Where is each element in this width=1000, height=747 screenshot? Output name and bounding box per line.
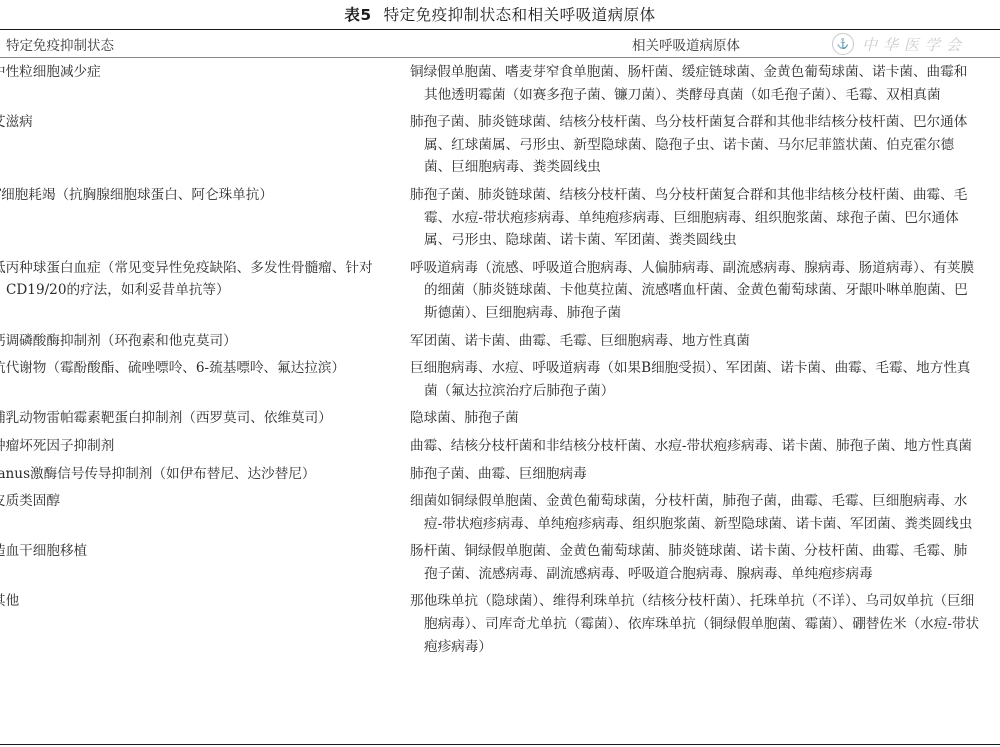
row-state: 肿瘤坏死因子抑制剂	[0, 435, 410, 458]
header-respiratory-pathogens: 相关呼吸道病原体	[632, 34, 740, 54]
row-state: 中性粒细胞减少症	[0, 61, 410, 106]
header-immunosuppression-state: 特定免疫抑制状态	[6, 34, 114, 54]
row-pathogens: 呼吸道病毒（流感、呼吸道合胞病毒、人偏肺病毒、副流感病毒、腺病毒、肠道病毒）、有…	[398, 257, 988, 325]
top-rule	[0, 29, 1000, 30]
table-row: 皮质类固醇 细菌如铜绿假单胞菌、金黄色葡萄球菌，分枝杆菌，肺孢子菌，曲霉、毛霉、…	[0, 490, 1000, 535]
table-title: 特定免疫抑制状态和相关呼吸道病原体	[384, 6, 656, 24]
row-pathogens: 肺孢子菌、曲霉、巨细胞病毒	[398, 463, 988, 486]
row-state: T细胞耗竭（抗胸腺细胞球蛋白、阿仑珠单抗）	[0, 184, 410, 252]
row-state: 艾滋病	[0, 111, 410, 179]
row-state: 低丙种球蛋白血症（常见变异性免疫缺陷、多发性骨髓瘤、针对CD19/20的疗法，如…	[0, 257, 410, 325]
row-pathogens: 巨细胞病毒、水痘、呼吸道病毒（如果B细胞受损）、军团菌、诺卡菌、曲霉、毛霉、地方…	[398, 357, 988, 402]
row-pathogens: 肺孢子菌、肺炎链球菌、结核分枝杆菌、鸟分枝杆菌复合群和其他非结核分枝杆菌、巴尔通…	[398, 111, 988, 179]
row-state: 其他	[0, 590, 410, 658]
table-row: 艾滋病 肺孢子菌、肺炎链球菌、结核分枝杆菌、鸟分枝杆菌复合群和其他非结核分枝杆菌…	[0, 111, 1000, 179]
row-state: 造血干细胞移植	[0, 540, 410, 585]
row-pathogens: 隐球菌、肺孢子菌	[398, 407, 988, 430]
row-pathogens: 铜绿假单胞菌、嗜麦芽窄食单胞菌、肠杆菌、缓症链球菌、金黄色葡萄球菌、诺卡菌、曲霉…	[398, 61, 988, 106]
row-pathogens: 肺孢子菌、肺炎链球菌、结核分枝杆菌、鸟分枝杆菌复合群和其他非结核分枝杆菌、曲霉、…	[398, 184, 988, 252]
row-state: 哺乳动物雷帕霉素靶蛋白抑制剂（西罗莫司、依维莫司）	[0, 407, 410, 430]
header-rule	[0, 57, 1000, 58]
table-row: 肿瘤坏死因子抑制剂 曲霉、结核分枝杆菌和非结核分枝杆菌、水痘-带状疱疹病毒、诺卡…	[0, 435, 1000, 458]
row-pathogens: 肠杆菌、铜绿假单胞菌、金黄色葡萄球菌、肺炎链球菌、诺卡菌、分枝杆菌、曲霉、毛霉、…	[398, 540, 988, 585]
table-caption: 表5特定免疫抑制状态和相关呼吸道病原体	[0, 3, 1000, 25]
row-state: 钙调磷酸酶抑制剂（环孢素和他克莫司）	[0, 330, 410, 353]
table-body: 中性粒细胞减少症 铜绿假单胞菌、嗜麦芽窄食单胞菌、肠杆菌、缓症链球菌、金黄色葡萄…	[0, 61, 1000, 663]
row-pathogens: 那他珠单抗（隐球菌）、维得利珠单抗（结核分枝杆菌）、托珠单抗（不详）、乌司奴单抗…	[398, 590, 988, 658]
watermark-text: 中华医学会	[862, 34, 967, 55]
table-row: 其他 那他珠单抗（隐球菌）、维得利珠单抗（结核分枝杆菌）、托珠单抗（不详）、乌司…	[0, 590, 1000, 658]
row-state: 皮质类固醇	[0, 490, 410, 535]
table-row: 哺乳动物雷帕霉素靶蛋白抑制剂（西罗莫司、依维莫司） 隐球菌、肺孢子菌	[0, 407, 1000, 430]
table-row: 低丙种球蛋白血症（常见变异性免疫缺陷、多发性骨髓瘤、针对CD19/20的疗法，如…	[0, 257, 1000, 325]
table-row: 中性粒细胞减少症 铜绿假单胞菌、嗜麦芽窄食单胞菌、肠杆菌、缓症链球菌、金黄色葡萄…	[0, 61, 1000, 106]
bottom-rule	[0, 744, 1000, 745]
table-row: T细胞耗竭（抗胸腺细胞球蛋白、阿仑珠单抗） 肺孢子菌、肺炎链球菌、结核分枝杆菌、…	[0, 184, 1000, 252]
publisher-watermark: ⚓ 中华医学会	[832, 31, 1000, 57]
seal-logo-icon: ⚓	[832, 33, 854, 55]
row-state: Janus激酶信号传导抑制剂（如伊布替尼、达沙替尼）	[0, 463, 410, 486]
row-pathogens: 军团菌、诺卡菌、曲霉、毛霉、巨细胞病毒、地方性真菌	[398, 330, 988, 353]
row-state: 抗代谢物（霉酚酸酯、硫唑嘌呤、6-巯基嘌呤、氟达拉滨）	[0, 357, 410, 402]
table-row: 抗代谢物（霉酚酸酯、硫唑嘌呤、6-巯基嘌呤、氟达拉滨） 巨细胞病毒、水痘、呼吸道…	[0, 357, 1000, 402]
table-label: 表5	[344, 6, 371, 24]
row-pathogens: 细菌如铜绿假单胞菌、金黄色葡萄球菌，分枝杆菌，肺孢子菌，曲霉、毛霉、巨细胞病毒、…	[398, 490, 988, 535]
table-row: 钙调磷酸酶抑制剂（环孢素和他克莫司） 军团菌、诺卡菌、曲霉、毛霉、巨细胞病毒、地…	[0, 330, 1000, 353]
table-row: Janus激酶信号传导抑制剂（如伊布替尼、达沙替尼） 肺孢子菌、曲霉、巨细胞病毒	[0, 463, 1000, 486]
table-row: 造血干细胞移植 肠杆菌、铜绿假单胞菌、金黄色葡萄球菌、肺炎链球菌、诺卡菌、分枝杆…	[0, 540, 1000, 585]
row-pathogens: 曲霉、结核分枝杆菌和非结核分枝杆菌、水痘-带状疱疹病毒、诺卡菌、肺孢子菌、地方性…	[398, 435, 988, 458]
